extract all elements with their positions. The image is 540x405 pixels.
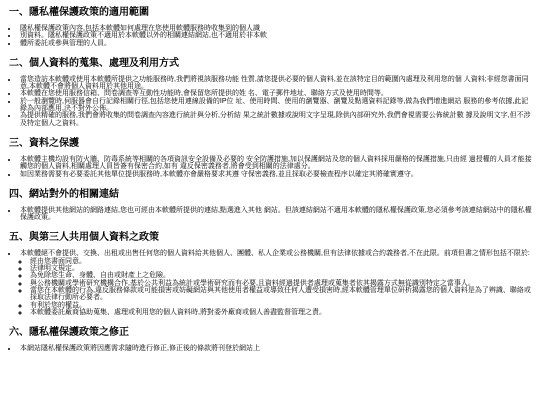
policy-item: 本軟體在您使用服務信箱、問卷調查等互動性功能時,會保留您所提供的姓 名、電子郵件… [18, 90, 535, 97]
section-heading-collection: 二、個人資料的蒐集、處理及利用方式 [9, 58, 535, 70]
policy-item: 本軟體提供其他網站的網路連結,您也可經由本軟體所提供的連結,點選進入其他 網站。… [18, 207, 535, 222]
section-scope: 一、隱私權保護政策的適用範圍 隱私權保護政策內容,包括本軟體如何處理在您使用軟體… [9, 7, 535, 47]
section-protection: 三、資料之保護 本軟體主機均設有防火牆、防毒系統等相關的各項資訊安全設備及必要的… [9, 138, 535, 178]
policy-subitem: 當您在本軟體的行為,違反服務條款或可能損害或妨礙網站與其他使用者權益或導致任何人… [29, 287, 535, 302]
section-heading-external-links: 四、網站對外的相關連結 [9, 189, 535, 201]
policy-list: 隱私權保護政策內容,包括本軟體如何處理在您使用軟體服務時收集到的個人識 別資料。… [9, 25, 535, 47]
section-external-links: 四、網站對外的相關連結 本軟體提供其他網站的網路連結,您也可經由本軟體所提供的連… [9, 189, 535, 222]
policy-item: 本軟體絕不會提供、交換、出租或出售任何您的個人資料給其他個人、團體、私人企業或公… [18, 250, 535, 316]
policy-item: 如因業務需要有必要委託其他單位提供服務時,本軟體亦會嚴格要求其遵 守保密義務,並… [18, 171, 535, 178]
section-third-party: 五、與第三人共用個人資料之政策 本軟體絕不會提供、交換、出租或出售任何您的個人資… [9, 232, 535, 316]
policy-list: 本網站隱私權保護政策將因應需求隨時進行修正,修正後的條款將刊登於網站上 [9, 345, 535, 352]
policy-item: 於一般瀏覽時,伺服器會自行記錄相關行徑,包括您使用連線設備的IP位 址、使用時間… [18, 98, 535, 113]
policy-list: 本軟體主機均設有防火牆、防毒系統等相關的各項資訊安全設備及必要的 安全防護措施,… [9, 156, 535, 178]
section-collection: 二、個人資料的蒐集、處理及利用方式 當您造訪本軟體或使用本軟體所提供之功能服務時… [9, 58, 535, 127]
policy-subitem: 與公務機關或學術研究機構合作,基於公共利益為統計或學術研究而有必要,且資料經過提… [29, 280, 535, 287]
section-heading-amendment: 六、隱私權保護政策之修正 [9, 327, 535, 339]
policy-item: 本網站隱私權保護政策將因應需求隨時進行修正,修正後的條款將刊登於網站上 [18, 345, 535, 352]
policy-item: 當您造訪本軟體或使用本軟體所提供之功能服務時,我們將視該服務功能 性質,請您提供… [18, 76, 535, 91]
policy-list: 當您造訪本軟體或使用本軟體所提供之功能服務時,我們將視該服務功能 性質,請您提供… [9, 76, 535, 127]
policy-subitem: 為免除您生命、身體、自由或財產上之危險。 [29, 272, 535, 279]
policy-item-text: 本軟體絕不會提供、交換、出租或出售任何您的個人資料給其他個人、團體、私人企業或公… [20, 250, 530, 257]
section-amendment: 六、隱私權保護政策之修正 本網站隱私權保護政策將因應需求隨時進行修正,修正後的條… [9, 327, 535, 352]
section-heading-protection: 三、資料之保護 [9, 138, 535, 150]
policy-sublist: 經由您書面同意。 法律明文規定。 為免除您生命、身體、自由或財產上之危險。 與公… [20, 258, 535, 316]
policy-item: 別資料。隱私權保護政策不適用於本軟體以外的相關連結網站,也不適用於非本軟 [18, 32, 535, 39]
section-heading-third-party: 五、與第三人共用個人資料之政策 [9, 232, 535, 244]
section-heading-scope: 一、隱私權保護政策的適用範圍 [9, 7, 535, 19]
policy-subitem: 有利於您的權益。 [29, 302, 535, 309]
policy-item: 本軟體主機均設有防火牆、防毒系統等相關的各項資訊安全設備及必要的 安全防護措施,… [18, 156, 535, 171]
policy-list: 本軟體提供其他網站的網路連結,您也可經由本軟體所提供的連結,點選進入其他 網站。… [9, 207, 535, 222]
policy-item: 為提供精確的服務,我們會將收集的問卷調查內容進行統計與分析,分析結 果之統計數據… [18, 112, 535, 127]
policy-subitem: 本軟體委託廠商協助蒐集、處理或利用您的個人資料時,將對委外廠商或個人善盡監督管理… [29, 309, 535, 316]
privacy-policy-document: 一、隱私權保護政策的適用範圍 隱私權保護政策內容,包括本軟體如何處理在您使用軟體… [9, 7, 535, 352]
policy-list: 本軟體絕不會提供、交換、出租或出售任何您的個人資料給其他個人、團體、私人企業或公… [9, 250, 535, 316]
policy-item: 體所委託或參與管理的人員。 [18, 40, 535, 47]
policy-subitem: 經由您書面同意。 [29, 258, 535, 265]
